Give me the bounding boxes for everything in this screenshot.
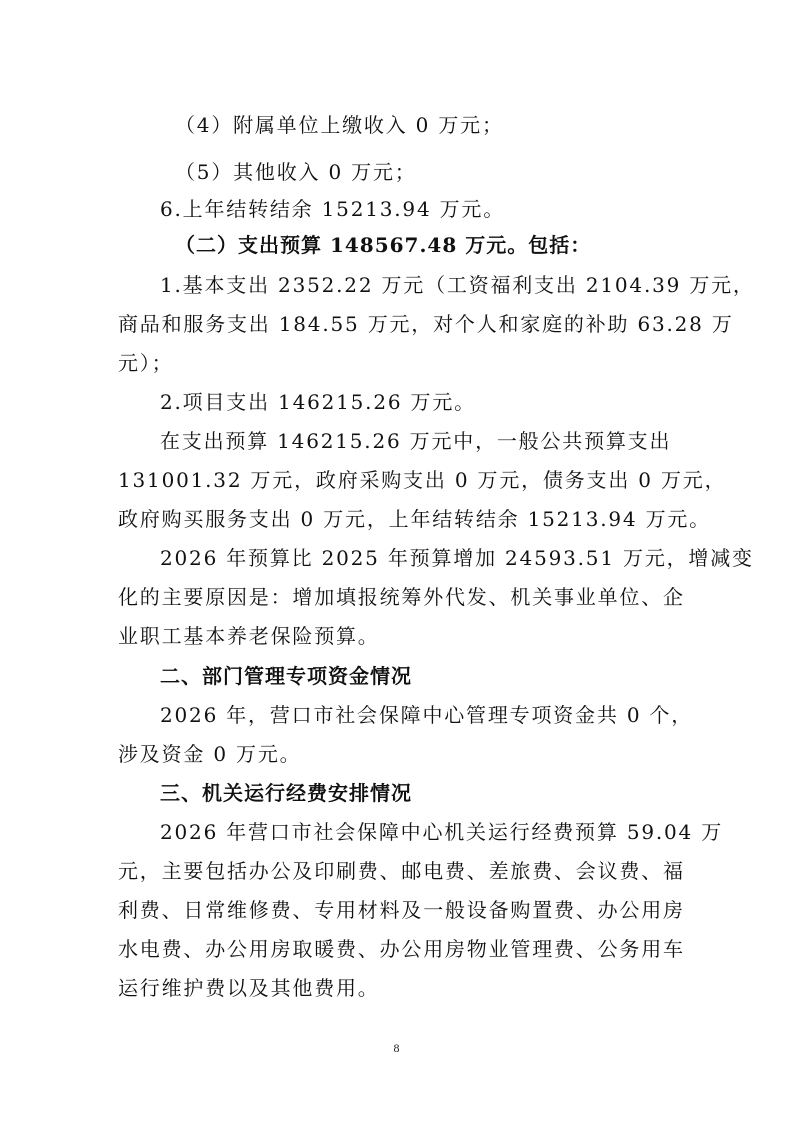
paragraph-change-line1: 2026 年预算比 2025 年预算增加 24593.51 万元，增减变 <box>160 545 730 571</box>
paragraph-budget-detail-line2: 131001.32 万元，政府采购支出 0 万元，债务支出 0 万元， <box>118 467 688 493</box>
document-page: （4）附属单位上缴收入 0 万元； （5）其他收入 0 万元； 6.上年结转结余… <box>0 0 793 1122</box>
paragraph-basic-expenditure-line1: 1.基本支出 2352.22 万元（工资福利支出 2104.39 万元， <box>160 272 730 298</box>
income-item-4: （4）附属单位上缴收入 0 万元； <box>175 112 745 138</box>
paragraph-operating-funds-line3: 利费、日常维修费、专用材料及一般设备购置费、办公用房 <box>118 897 688 923</box>
page-number: 8 <box>0 1041 793 1056</box>
paragraph-project-expenditure: 2.项目支出 146215.26 万元。 <box>160 389 730 415</box>
section-2-heading: 二、部门管理专项资金情况 <box>160 663 730 689</box>
section-expenditure-heading: （二）支出预算 148567.48 万元。包括： <box>175 232 745 258</box>
paragraph-operating-funds-line4: 水电费、办公用房取暖费、办公用房物业管理费、公务用车 <box>118 936 688 962</box>
paragraph-change-line2: 化的主要原因是：增加填报统筹外代发、机关事业单位、企 <box>118 584 688 610</box>
paragraph-operating-funds-line5: 运行维护费以及其他费用。 <box>118 975 688 1001</box>
paragraph-change-line3: 业职工基本养老保险预算。 <box>118 623 688 649</box>
paragraph-operating-funds-line1: 2026 年营口市社会保障中心机关运行经费预算 59.04 万 <box>160 819 730 845</box>
income-item-6: 6.上年结转结余 15213.94 万元。 <box>160 196 730 222</box>
paragraph-budget-detail-line3: 政府购买服务支出 0 万元，上年结转结余 15213.94 万元。 <box>118 506 688 532</box>
income-item-5: （5）其他收入 0 万元； <box>175 159 745 185</box>
paragraph-operating-funds-line2: 元，主要包括办公及印刷费、邮电费、差旅费、会议费、福 <box>118 858 688 884</box>
paragraph-basic-expenditure-line2: 商品和服务支出 184.55 万元，对个人和家庭的补助 63.28 万 <box>118 311 688 337</box>
paragraph-special-funds-line1: 2026 年，营口市社会保障中心管理专项资金共 0 个， <box>160 702 730 728</box>
paragraph-basic-expenditure-line3: 元）； <box>118 350 688 376</box>
paragraph-budget-detail-line1: 在支出预算 146215.26 万元中，一般公共预算支出 <box>160 428 730 454</box>
section-3-heading: 三、机关运行经费安排情况 <box>160 780 730 806</box>
paragraph-special-funds-line2: 涉及资金 0 万元。 <box>118 741 688 767</box>
